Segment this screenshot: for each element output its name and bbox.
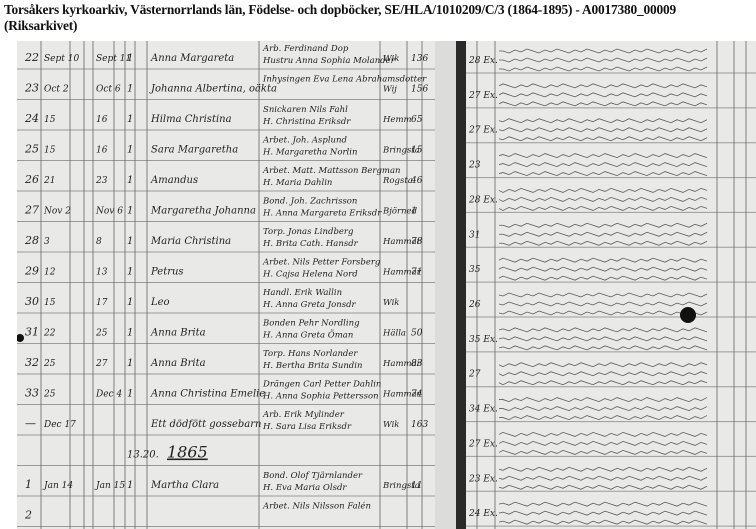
svg-text:12: 12 [44, 268, 56, 278]
svg-text:Ett dödfött gossebarn: Ett dödfött gossebarn [150, 419, 261, 430]
svg-text:32: 32 [25, 356, 39, 369]
svg-text:35 Ex.: 35 Ex. [469, 335, 498, 345]
svg-text:23: 23 [468, 161, 481, 171]
svg-text:1: 1 [127, 53, 133, 64]
svg-text:Handl. Erik Wallin: Handl. Erik Wallin [262, 288, 342, 298]
svg-text:26: 26 [468, 300, 481, 310]
svg-text:Drängen Carl Petter Dahlin: Drängen Carl Petter Dahlin [262, 380, 381, 390]
svg-text:31: 31 [25, 326, 39, 339]
svg-text:Torp. Jonas Lindberg: Torp. Jonas Lindberg [263, 227, 354, 237]
svg-text:Arb. Ferdinand Dop: Arb. Ferdinand Dop [262, 44, 349, 54]
manuscript-drawing: 22Sept 10Sept 111Anna MargaretaArb. Ferd… [17, 41, 756, 529]
svg-text:1: 1 [411, 207, 417, 217]
svg-text:22: 22 [43, 329, 56, 339]
svg-text:Dec 4: Dec 4 [95, 390, 122, 400]
svg-text:Hälla: Hälla [382, 329, 406, 339]
svg-text:Jan 15: Jan 15 [94, 481, 125, 491]
svg-text:Jan 14: Jan 14 [42, 481, 73, 491]
svg-text:Wik: Wik [383, 54, 399, 64]
manuscript-scan-image: 22Sept 10Sept 111Anna MargaretaArb. Ferd… [17, 41, 756, 529]
svg-text:2: 2 [24, 509, 32, 522]
svg-text:Arbet. Nils Nilsson Falén: Arbet. Nils Nilsson Falén [262, 501, 371, 512]
svg-text:35: 35 [469, 265, 481, 275]
svg-text:H. Anna Greta Jonsdr: H. Anna Greta Jonsdr [262, 300, 357, 310]
svg-text:Maria Christina: Maria Christina [150, 236, 231, 247]
svg-text:25: 25 [43, 359, 56, 369]
svg-text:24 Ex.: 24 Ex. [468, 509, 498, 519]
svg-text:29: 29 [24, 265, 39, 278]
svg-text:25: 25 [24, 143, 39, 156]
svg-text:23 Ex.: 23 Ex. [468, 474, 498, 484]
svg-text:1: 1 [127, 145, 133, 156]
svg-text:15: 15 [411, 146, 423, 156]
svg-text:Bonden Pehr Nordling: Bonden Pehr Nordling [262, 319, 360, 329]
svg-text:Nov 2: Nov 2 [43, 207, 71, 217]
svg-text:34 Ex.: 34 Ex. [469, 405, 498, 415]
svg-text:1: 1 [127, 175, 133, 186]
svg-text:21: 21 [43, 176, 55, 186]
svg-text:15: 15 [44, 146, 56, 156]
svg-text:Arb. Erik Mylinder: Arb. Erik Mylinder [262, 410, 345, 420]
svg-text:31: 31 [469, 230, 480, 240]
svg-text:H. Bertha Brita Sundin: H. Bertha Brita Sundin [262, 361, 362, 371]
svg-text:Sara Margaretha: Sara Margaretha [151, 145, 238, 156]
svg-text:1865: 1865 [167, 443, 208, 462]
svg-text:15: 15 [44, 298, 56, 308]
svg-text:1: 1 [127, 297, 133, 308]
svg-text:25: 25 [43, 390, 56, 400]
svg-text:13.20.: 13.20. [127, 450, 159, 461]
svg-text:163: 163 [411, 420, 428, 430]
svg-text:136: 136 [411, 54, 428, 64]
svg-text:Hilma Christina: Hilma Christina [150, 114, 232, 125]
svg-text:Sept 11: Sept 11 [96, 54, 131, 64]
svg-text:23: 23 [24, 82, 39, 95]
svg-text:H. Margaretha Norlin: H. Margaretha Norlin [262, 148, 357, 158]
svg-text:24: 24 [24, 112, 39, 125]
svg-text:23: 23 [95, 176, 108, 186]
svg-text:Torp. Hans Norlander: Torp. Hans Norlander [263, 349, 358, 359]
svg-text:Anna Margareta: Anna Margareta [150, 53, 234, 64]
svg-text:H. Cajsa Helena Nord: H. Cajsa Helena Nord [262, 270, 358, 280]
svg-text:1: 1 [25, 478, 32, 491]
svg-text:27 Ex.: 27 Ex. [468, 126, 498, 136]
svg-text:—: — [25, 417, 36, 430]
svg-text:15: 15 [44, 115, 56, 125]
svg-text:156: 156 [411, 85, 428, 95]
svg-text:Inhysingen Eva Lena Abrahamsdo: Inhysingen Eva Lena Abrahamsdotter [262, 75, 427, 85]
svg-text:H. Anna Sophia Pettersson: H. Anna Sophia Pettersson [262, 392, 379, 402]
svg-text:Anna Brita: Anna Brita [150, 358, 206, 369]
svg-text:Arbet. Matt. Mattsson Bergman: Arbet. Matt. Mattsson Bergman [262, 166, 401, 176]
svg-text:H. Eva Maria Olsdr: H. Eva Maria Olsdr [262, 483, 347, 493]
title-line-1: Torsåkers kyrkoarkiv, Västernorrlands lä… [4, 2, 754, 18]
svg-text:Snickaren Nils Fahl: Snickaren Nils Fahl [263, 105, 348, 115]
svg-text:1: 1 [127, 358, 133, 369]
svg-text:25: 25 [95, 329, 108, 339]
svg-text:22: 22 [24, 51, 39, 64]
svg-text:33: 33 [25, 387, 39, 400]
svg-text:13: 13 [96, 268, 108, 278]
svg-text:26: 26 [24, 173, 39, 186]
svg-text:Dec 17: Dec 17 [43, 420, 76, 430]
svg-text:83: 83 [411, 359, 423, 369]
svg-text:Hemm: Hemm [382, 115, 412, 125]
svg-text:27: 27 [95, 359, 108, 369]
svg-text:78: 78 [411, 237, 423, 247]
title-line-2: (Riksarkivet) [4, 18, 754, 34]
svg-text:Bond. Olof Tjärnlander: Bond. Olof Tjärnlander [262, 471, 363, 481]
svg-text:1: 1 [127, 236, 133, 247]
svg-text:Arbet. Nils Petter Forsberg: Arbet. Nils Petter Forsberg [262, 258, 381, 268]
svg-text:8: 8 [96, 237, 102, 247]
svg-text:1: 1 [127, 84, 133, 95]
svg-text:1: 1 [127, 328, 133, 339]
svg-text:Petrus: Petrus [150, 267, 184, 278]
svg-text:Johanna Albertina, oäkta: Johanna Albertina, oäkta [149, 84, 277, 95]
svg-text:50: 50 [411, 329, 423, 339]
svg-text:1: 1 [127, 114, 133, 125]
svg-text:Wij: Wij [383, 85, 397, 95]
svg-text:28 Ex.: 28 Ex. [468, 56, 498, 66]
svg-text:1: 1 [127, 480, 133, 491]
svg-text:Bond. Joh. Zachrisson: Bond. Joh. Zachrisson [262, 197, 357, 207]
svg-text:Oct 6: Oct 6 [96, 85, 121, 95]
svg-text:Anna Brita: Anna Brita [150, 328, 206, 339]
svg-text:H. Anna Greta Öman: H. Anna Greta Öman [262, 329, 353, 341]
svg-text:Anna Christina Emelie: Anna Christina Emelie [150, 389, 265, 400]
document-title: Torsåkers kyrkoarkiv, Västernorrlands lä… [4, 2, 754, 34]
svg-text:27 Ex.: 27 Ex. [468, 91, 498, 101]
svg-text:Arbet. Joh. Asplund: Arbet. Joh. Asplund [262, 136, 348, 146]
svg-text:Leo: Leo [150, 297, 170, 308]
svg-text:16: 16 [96, 146, 108, 156]
svg-text:11: 11 [411, 481, 422, 491]
svg-text:1: 1 [127, 206, 133, 217]
svg-text:27: 27 [468, 370, 481, 380]
svg-text:H. Maria Dahlin: H. Maria Dahlin [262, 178, 332, 188]
svg-text:Rogsta: Rogsta [382, 176, 413, 186]
svg-text:Martha Clara: Martha Clara [150, 480, 219, 491]
svg-text:27: 27 [24, 204, 39, 217]
svg-text:Margaretha Johanna: Margaretha Johanna [150, 206, 256, 217]
svg-text:30: 30 [25, 295, 39, 308]
svg-text:1: 1 [127, 389, 133, 400]
svg-text:16: 16 [96, 115, 108, 125]
svg-text:Oct 2: Oct 2 [44, 85, 69, 95]
svg-text:H. Sara Lisa Eriksdr: H. Sara Lisa Eriksdr [262, 422, 352, 432]
svg-text:Wik: Wik [383, 298, 399, 308]
svg-text:46: 46 [410, 176, 423, 186]
svg-text:Nov 6: Nov 6 [95, 207, 123, 217]
svg-text:3: 3 [44, 237, 50, 247]
svg-text:Sept 10: Sept 10 [44, 54, 79, 64]
svg-text:H. Brita Cath. Hansdr: H. Brita Cath. Hansdr [262, 239, 359, 249]
svg-text:28: 28 [24, 234, 39, 247]
svg-text:28 Ex.: 28 Ex. [468, 195, 498, 205]
svg-text:71: 71 [411, 268, 422, 278]
svg-text:65: 65 [411, 115, 423, 125]
svg-text:Hustru Anna Sophia Molander: Hustru Anna Sophia Molander [262, 56, 396, 66]
svg-text:Wik: Wik [383, 420, 399, 430]
svg-text:74: 74 [411, 390, 423, 400]
svg-text:1: 1 [127, 267, 133, 278]
svg-text:17: 17 [96, 298, 108, 308]
svg-text:H. Christina Eriksdr: H. Christina Eriksdr [262, 117, 351, 127]
svg-text:27 Ex.: 27 Ex. [468, 439, 498, 449]
svg-text:H. Anna Margareta Eriksdr: H. Anna Margareta Eriksdr [262, 209, 382, 219]
svg-text:Amandus: Amandus [150, 175, 198, 186]
